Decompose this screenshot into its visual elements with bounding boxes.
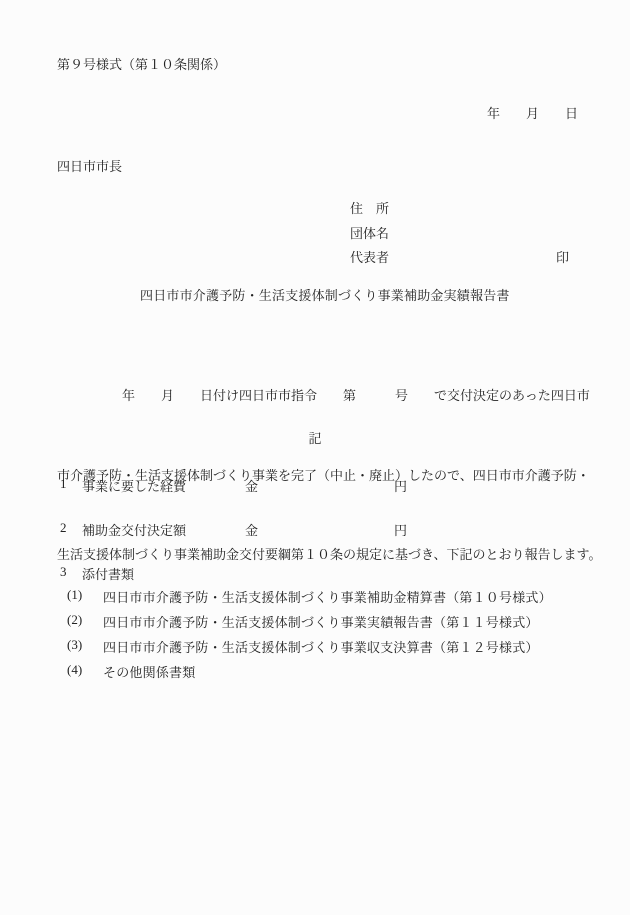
body-line-1: 年 月 日付け四日市市指令 第 号 で交付決定のあった四日市 (57, 383, 601, 410)
item-row-attachments: 3 添付書類 (0, 564, 630, 582)
item-number: 2 (60, 520, 67, 536)
attachment-text: 四日市市介護予防・生活支援体制づくり事業補助金精算書（第１０号様式） (103, 587, 552, 606)
attachment-number: (1) (67, 587, 82, 603)
attachment-text: その他関係書類 (103, 662, 195, 681)
currency-unit: 円 (394, 520, 407, 539)
date-line: 年 月 日 (487, 105, 578, 123)
item-label: 補助金交付決定額 (82, 520, 186, 539)
attachment-row: (4) その他関係書類 (0, 662, 630, 680)
currency-prefix: 金 (245, 520, 258, 539)
seal-mark: 印 (556, 249, 569, 267)
attachment-number: (4) (67, 662, 82, 678)
attachment-text: 四日市市介護予防・生活支援体制づくり事業収支決算書（第１２号様式） (103, 637, 539, 656)
addressee: 四日市市長 (57, 158, 122, 176)
item-row-grant-decision: 2 補助金交付決定額 金 円 (0, 520, 630, 538)
attachment-row: (3) 四日市市介護予防・生活支援体制づくり事業収支決算書（第１２号様式） (0, 637, 630, 655)
item-label: 事業に要した経費 (82, 476, 186, 495)
attachment-row: (2) 四日市市介護予防・生活支援体制づくり事業実績報告書（第１１号様式） (0, 612, 630, 630)
attachment-number: (2) (67, 612, 82, 628)
currency-unit: 円 (394, 476, 407, 495)
document-page: 第９号様式（第１０条関係） 年 月 日 四日市市長 住 所 団体名 代表者 印 … (0, 0, 630, 915)
currency-prefix: 金 (245, 476, 258, 495)
document-title: 四日市市介護予防・生活支援体制づくり事業補助金実績報告書 (140, 287, 510, 305)
attachment-number: (3) (67, 637, 82, 653)
address-label: 住 所 (350, 200, 389, 218)
attachment-row: (1) 四日市市介護予防・生活支援体制づくり事業補助金精算書（第１０号様式） (0, 587, 630, 605)
item-number: 3 (60, 564, 67, 580)
representative-label: 代表者 (350, 249, 389, 267)
item-number: 1 (60, 476, 67, 492)
attachment-text: 四日市市介護予防・生活支援体制づくり事業実績報告書（第１１号様式） (103, 612, 539, 631)
record-heading: 記 (0, 430, 630, 448)
item-row-expenses: 1 事業に要した経費 金 円 (0, 476, 630, 494)
organization-label: 団体名 (350, 225, 389, 243)
item-label: 添付書類 (82, 564, 134, 583)
form-number: 第９号様式（第１０条関係） (57, 56, 226, 74)
